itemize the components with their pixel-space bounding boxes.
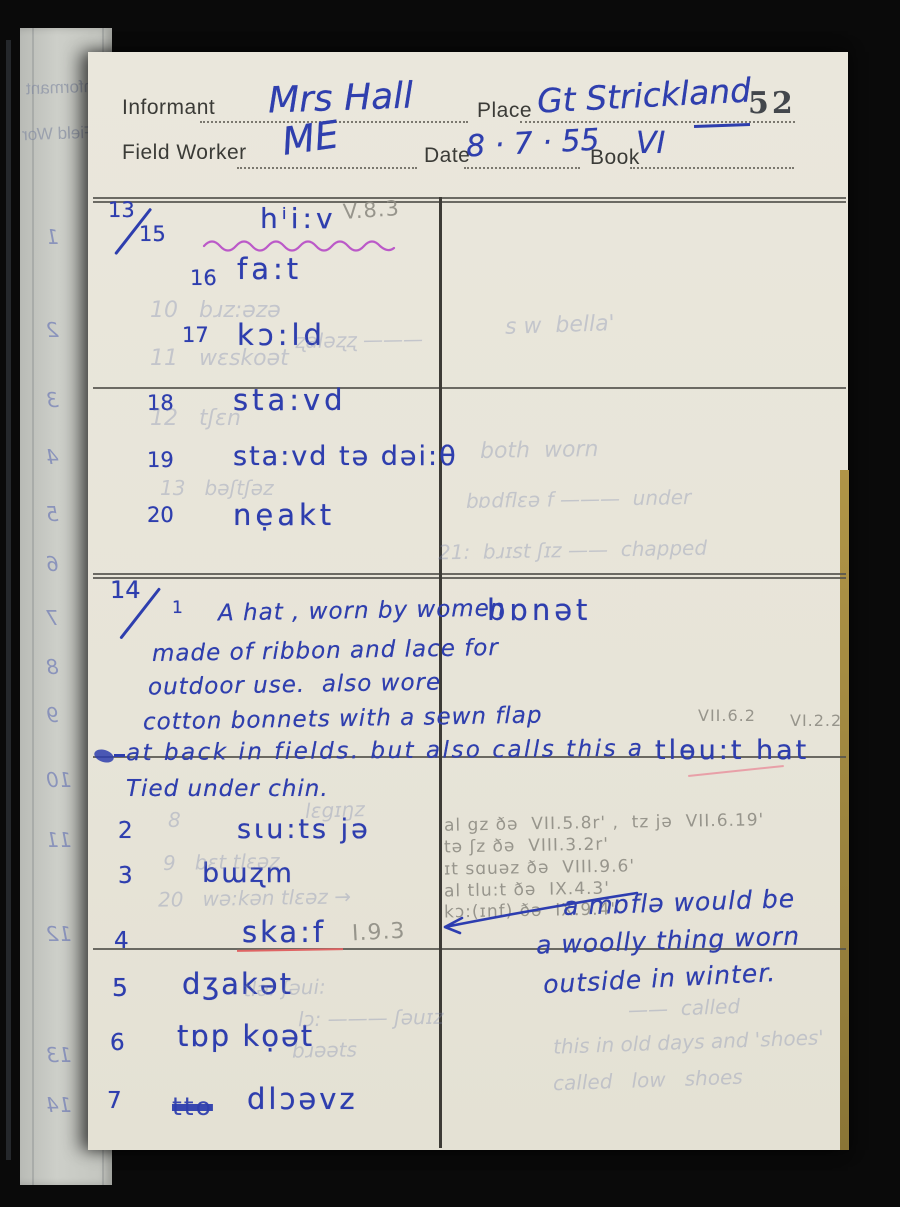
bleed-through-text: tlə: ʃəui: [243, 975, 327, 1002]
bleed-through-label: Field Wor [22, 123, 95, 146]
crossed-out-word: tto [172, 1092, 213, 1121]
phonetic-entry: sta:vd tə dəi:θ [233, 441, 458, 472]
item-number: 20 [147, 503, 174, 527]
arrow-left-icon [425, 885, 650, 941]
phonetic-entry: sta:vd [233, 383, 347, 417]
bleed-through-text: s w bella' [505, 311, 616, 340]
phonetic-response: bɒnət [487, 593, 591, 627]
bleed-through-text: 8 [168, 808, 181, 832]
note-line: outdoor use. also wore [148, 669, 442, 700]
phonetic-entry: ska:f [242, 915, 326, 949]
pencil-reference: VII.6.2 [698, 706, 756, 725]
outer-page-sliver [6, 40, 11, 1160]
bleed-through-text: ʐaləʐʐ ——— [295, 327, 423, 353]
bleed-through-text: 12 tʃɛn [150, 406, 241, 431]
edge-bleed-number: 4 [46, 445, 59, 469]
date-value: 8 · 7 · 55 [465, 123, 600, 165]
item-number: 16 [190, 266, 217, 290]
gilt-page-edge [840, 470, 849, 1150]
horizontal-rule [93, 197, 846, 199]
bleed-through-text: —— called [628, 994, 741, 1022]
item-number: 15 [139, 222, 166, 246]
phonetic-entry: dlɔəvz [247, 1082, 358, 1116]
note-line: Tied under chin. [126, 776, 329, 802]
book-value: VI [636, 126, 665, 161]
dotted-line [630, 166, 794, 169]
bleed-through-text: lɛgɪŋz [305, 797, 366, 823]
item-number: 1 [172, 598, 183, 618]
item-number: 17 [182, 323, 209, 347]
date-label: Date [424, 144, 470, 168]
horizontal-rule [93, 573, 846, 575]
edge-bleed-number: 5 [46, 502, 59, 526]
horizontal-rule [93, 201, 846, 203]
bleed-through-text: 9 bɛt tlɛəz [163, 849, 280, 875]
phonetic-entry: tlɵu:t hat [655, 735, 809, 766]
edge-bleed-number: 1 [46, 225, 59, 249]
dotted-line [237, 166, 417, 169]
pencil-reference: V.8.3 [342, 196, 400, 224]
phonetic-entry: hⁱi:v [260, 202, 337, 235]
item-number: 7 [107, 1088, 122, 1114]
bleed-through-text: both worn [480, 437, 599, 464]
edge-bleed-number: 12 [46, 922, 71, 946]
bleed-through-text: 10 bɹz:əzə [150, 298, 281, 323]
question-number: 13 [108, 198, 135, 222]
edge-bleed-number: 13 [46, 1043, 71, 1067]
edge-bleed-number: 3 [46, 388, 59, 412]
bleed-through-text: 21: bɹɪst ʃɪz —— chapped [438, 536, 707, 565]
pencil-reference: VI.2.2 [790, 711, 842, 730]
pencil-reference: I.9.3 [351, 919, 406, 947]
informant-value: Mrs Hall [267, 75, 414, 121]
note-line: at back in fields. but also calls this a [126, 736, 645, 767]
bleed-through-text: bɒdflɛə f ——— under [466, 485, 692, 513]
notebook-scan: Informant Field Wor Informant Place Fiel… [0, 0, 900, 1207]
edge-bleed-number: 11 [46, 828, 71, 852]
note-line: A hat , worn by women [218, 595, 506, 626]
question-number: 14 [110, 576, 141, 604]
page-crease [32, 28, 34, 1185]
edge-bleed-number: 6 [46, 552, 59, 576]
item-number: 4 [114, 928, 129, 954]
dotted-line [464, 166, 580, 169]
item-number: 2 [118, 818, 133, 844]
horizontal-rule [93, 387, 846, 389]
bleed-through-text: 11 wɛskoət [150, 346, 289, 371]
horizontal-rule [93, 577, 846, 579]
edge-bleed-number: 8 [46, 655, 59, 679]
edge-bleed-number: 14 [46, 1093, 71, 1117]
page-number-stamp: 52 [748, 86, 796, 121]
bleed-through-text: 13 bəʃtʃəz [160, 476, 274, 500]
item-number: 5 [112, 973, 128, 1002]
phonetic-entry: nẹakt [233, 498, 335, 532]
pencil-note: ɪt sɑuəz ðə VIII.9.6' [444, 856, 635, 879]
item-number: 6 [110, 1030, 125, 1056]
bleed-through-text: lɔ: ——— ʃəuɪz [298, 1005, 444, 1032]
informant-label: Informant [122, 96, 215, 120]
edge-bleed-number: 7 [46, 606, 59, 630]
bleed-through-text: 20 wə:kən tlɛəz → [158, 884, 351, 911]
field-worker-monogram: ME [279, 112, 341, 163]
field-worker-label: Field Worker [122, 141, 247, 165]
item-number: 19 [147, 448, 174, 472]
pencil-note: tə ʃz ðə VIII.3.2r' [444, 835, 609, 858]
edge-bleed-number: 2 [46, 318, 59, 342]
edge-bleed-number: 10 [46, 768, 71, 792]
phonetic-entry: fa:t [237, 252, 302, 286]
dash-mark [114, 754, 125, 757]
item-number: 3 [118, 863, 133, 889]
edge-bleed-number: 9 [46, 703, 59, 727]
bleed-through-text: bɹəəts [292, 1037, 357, 1062]
